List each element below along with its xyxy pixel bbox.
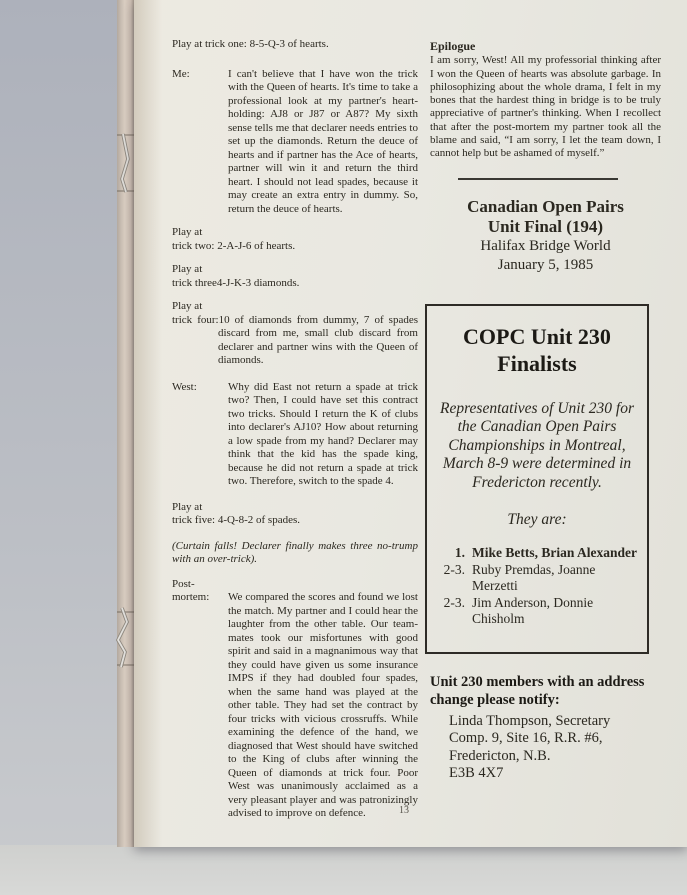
west-text: Why did East not return a spade at trick… <box>228 381 418 489</box>
finalist-rank: 2-3. <box>435 595 465 628</box>
finalist-names: Mike Betts, Brian Alexander <box>472 545 637 562</box>
epilogue-text: I am sorry, West! All my professorial th… <box>430 54 661 160</box>
staple-icon <box>110 606 136 670</box>
box-title-line1: COPC Unit 230 <box>435 323 639 350</box>
finalist-names: Jim Anderson, Donnie Chisholm <box>472 595 639 628</box>
section-divider <box>458 178 618 180</box>
right-column: Epilogue I am sorry, West! All my profes… <box>430 40 661 783</box>
epilogue-heading: Epilogue <box>430 40 661 53</box>
postmortem-label-line2: mortem: <box>172 591 228 821</box>
trick-one-line: Play at trick one: 8-5-Q-3 of hearts. <box>172 38 418 52</box>
left-column: Play at trick one: 8-5-Q-3 of hearts. Me… <box>172 38 418 821</box>
finalists-list: 1. Mike Betts, Brian Alexander 2-3. Ruby… <box>435 545 639 628</box>
address-line: Fredericton, N.B. <box>449 748 661 766</box>
scanned-newsletter-photo: Play at trick one: 8-5-Q-3 of hearts. Me… <box>0 0 687 895</box>
trick-three-line: trick three4-J-K-3 diamonds. <box>172 277 418 291</box>
address-line: Comp. 9, Site 16, R.R. #6, <box>449 730 661 748</box>
address-change-block: Unit 230 members with an address change … <box>430 673 661 783</box>
address-line: Linda Thompson, Secretary <box>449 713 661 731</box>
postmortem-text: We compared the scores and found we lost… <box>228 591 418 821</box>
trick-four-text: trick four:10 of diamonds from dummy, 7 … <box>172 314 418 368</box>
box-title-line2: Finalists <box>435 350 639 377</box>
play-at-label: Play at <box>172 263 418 277</box>
west-block: West: Why did East not return a spade at… <box>172 381 418 489</box>
trick-two-line: trick two: 2-A-J-6 of hearts. <box>172 240 418 254</box>
trick-four-block: Play at trick four:10 of diamonds from d… <box>172 300 418 368</box>
booklet-spine-fold <box>117 0 134 847</box>
play-at-label: Play at <box>172 226 418 240</box>
play-at-label: Play at <box>172 501 418 515</box>
trick-five-line: trick five: 4-Q-8-2 of spades. <box>172 514 418 528</box>
finalist-row: 1. Mike Betts, Brian Alexander <box>435 545 639 562</box>
magazine-page: Play at trick one: 8-5-Q-3 of hearts. Me… <box>134 0 687 847</box>
finalist-rank: 2-3. <box>435 562 465 595</box>
finalist-row: 2-3. Ruby Premdas, Joanne Merzetti <box>435 562 639 595</box>
table-surface <box>0 845 687 895</box>
box-body-text: Representatives of Unit 230 for the Cana… <box>435 400 639 493</box>
finalist-row: 2-3. Jim Anderson, Donnie Chisholm <box>435 595 639 628</box>
copc-finalists-box: COPC Unit 230 Finalists Representatives … <box>425 304 649 654</box>
curtain-note: (Curtain falls! Declarer finally makes t… <box>172 540 418 567</box>
trick-three-block: Play at trick three4-J-K-3 diamonds. <box>172 263 418 290</box>
finalist-names: Ruby Premdas, Joanne Merzetti <box>472 562 639 595</box>
event-date: January 5, 1985 <box>430 256 661 275</box>
finalist-rank: 1. <box>435 545 465 562</box>
secretary-address: Linda Thompson, Secretary Comp. 9, Site … <box>430 713 661 783</box>
speaker-label-me: Me: <box>172 68 228 217</box>
address-line: E3B 4X7 <box>449 765 661 783</box>
me-text: I can't believe that I have won the tric… <box>228 68 418 217</box>
me-block: Me: I can't believe that I have won the … <box>172 68 418 217</box>
postmortem-label-line1: Post- <box>172 578 418 592</box>
box-intro-text: They are: <box>435 513 639 526</box>
trick-two-block: Play at trick two: 2-A-J-6 of hearts. <box>172 226 418 253</box>
event-title-line2: Unit Final (194) <box>430 217 661 237</box>
speaker-label-west: West: <box>172 381 228 489</box>
address-change-heading: Unit 230 members with an address change … <box>430 673 661 709</box>
play-at-label: Play at <box>172 300 418 314</box>
event-venue: Halifax Bridge World <box>430 237 661 256</box>
page-number: 13 <box>399 805 409 816</box>
postmortem-block: Post- mortem: We compared the scores and… <box>172 578 418 821</box>
trick-five-block: Play at trick five: 4-Q-8-2 of spades. <box>172 501 418 528</box>
event-title-line1: Canadian Open Pairs <box>430 197 661 217</box>
event-heading-block: Canadian Open Pairs Unit Final (194) Hal… <box>430 197 661 275</box>
